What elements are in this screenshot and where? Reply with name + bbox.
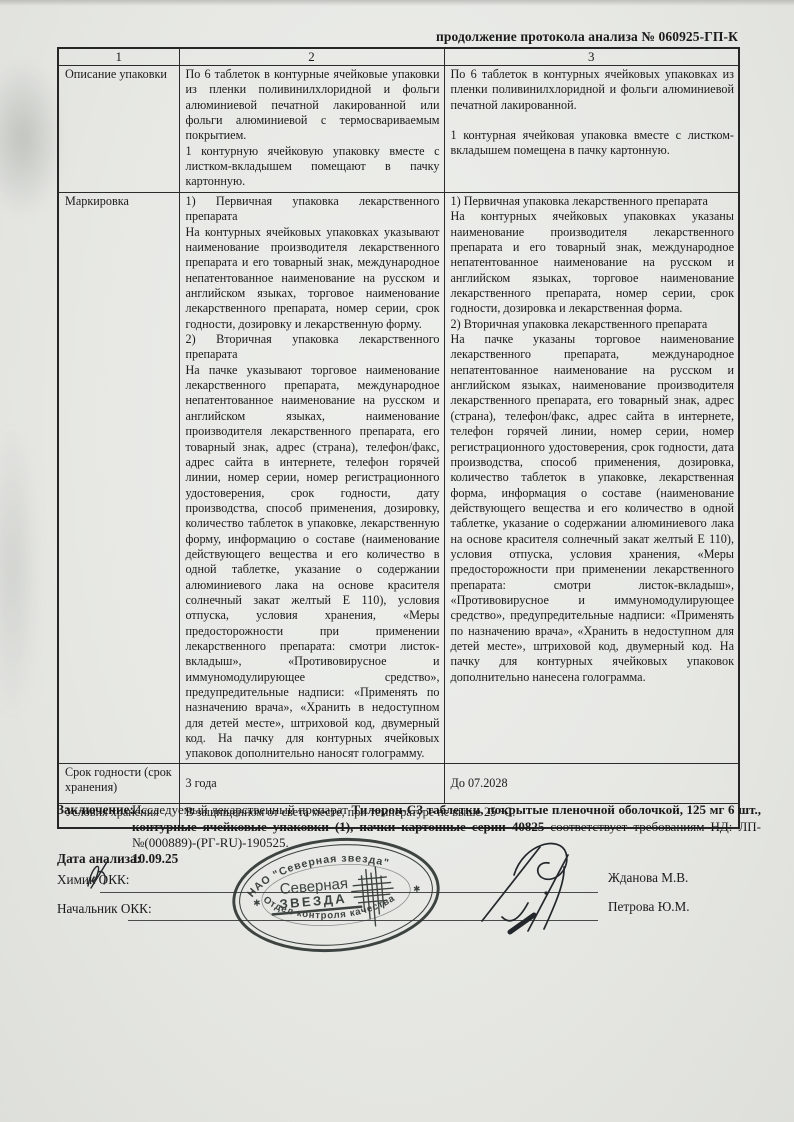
stamp-star-left: ✱ — [253, 897, 261, 908]
scan-shadow-artifact — [0, 420, 40, 720]
paragraph: На пачке указывают торговое наименование… — [186, 363, 440, 762]
row-label-marking: Маркировка — [58, 193, 179, 764]
scan-shadow-artifact — [0, 58, 65, 218]
paragraph: На пачке указаны торговое наименование л… — [451, 332, 735, 685]
column-header-2: 2 — [179, 48, 444, 66]
conclusion-label: Заключение: — [57, 802, 134, 818]
chemist-name: Жданова М.В. — [608, 870, 688, 886]
paragraph: 1 контурная ячейковая упаковка вместе с … — [451, 128, 735, 159]
head-name: Петрова Ю.М. — [608, 899, 690, 915]
table-row-marking: Маркировка 1) Первичная упаковка лекарст… — [58, 193, 739, 764]
paragraph: На контурных ячейковых упаковках указаны… — [451, 209, 735, 316]
paragraph: По 6 таблеток в контурные ячейковые упак… — [186, 67, 440, 144]
quality-control-stamp: НАО "Северная звезда" Отдел контроля кач… — [223, 828, 448, 962]
head-handwritten-signature — [472, 833, 592, 935]
table-row-shelf-life: Срок годности (срок хранения) 3 года До … — [58, 763, 739, 803]
paragraph: 2) Вторичная упаковка лекарственного пре… — [451, 317, 735, 332]
package-description-actual-cell: По 6 таблеток в контурных ячейковых упак… — [444, 66, 739, 193]
column-header-1: 1 — [58, 48, 179, 66]
paragraph: На контурных ячейковых упаковках указыва… — [186, 225, 440, 332]
marking-required-cell: 1) Первичная упаковка лекарственного пре… — [179, 193, 444, 764]
shelf-life-required-cell: 3 года — [179, 763, 444, 803]
scanned-protocol-page: продолжение протокола анализа № 060925-Г… — [0, 0, 794, 1122]
package-description-required-cell: По 6 таблеток в контурные ячейковые упак… — [179, 66, 444, 193]
paragraph: 1 контурную ячейковую упаковку вместе с … — [186, 144, 440, 190]
row-label-shelf-life: Срок годности (срок хранения) — [58, 763, 179, 803]
chemist-handwritten-signature — [80, 858, 126, 894]
row-label-package-description: Описание упаковки — [58, 66, 179, 193]
stamp-star-right: ✱ — [413, 884, 421, 895]
table-row-package-description: Описание упаковки По 6 таблеток в контур… — [58, 66, 739, 193]
head-signature-label: Начальник ОКК: — [57, 901, 152, 917]
conclusion-text-normal: Исследуемый лекарственный препарат — [132, 802, 352, 817]
scan-top-edge-shadow — [0, 0, 794, 6]
paragraph: По 6 таблеток в контурных ячейковых упак… — [451, 67, 735, 113]
marking-actual-cell: 1) Первичная упаковка лекарственного пре… — [444, 193, 739, 764]
shelf-life-actual-cell: До 07.2028 — [444, 763, 739, 803]
document-continuation-header: продолжение протокола анализа № 060925-Г… — [436, 29, 738, 45]
paragraph: 1) Первичная упаковка лекарственного пре… — [451, 194, 735, 209]
column-header-3: 3 — [444, 48, 739, 66]
paragraph: 2) Вторичная упаковка лекарственного пре… — [186, 332, 440, 363]
table-header-row: 1 2 3 — [58, 48, 739, 66]
paragraph: 1) Первичная упаковка лекарственного пре… — [186, 194, 440, 225]
analysis-protocol-table: 1 2 3 Описание упаковки По 6 таблеток в … — [57, 47, 740, 829]
analysis-date-value: 10.09.25 — [132, 851, 178, 867]
conclusion-text: Исследуемый лекарственный препарат Тилор… — [132, 802, 761, 852]
